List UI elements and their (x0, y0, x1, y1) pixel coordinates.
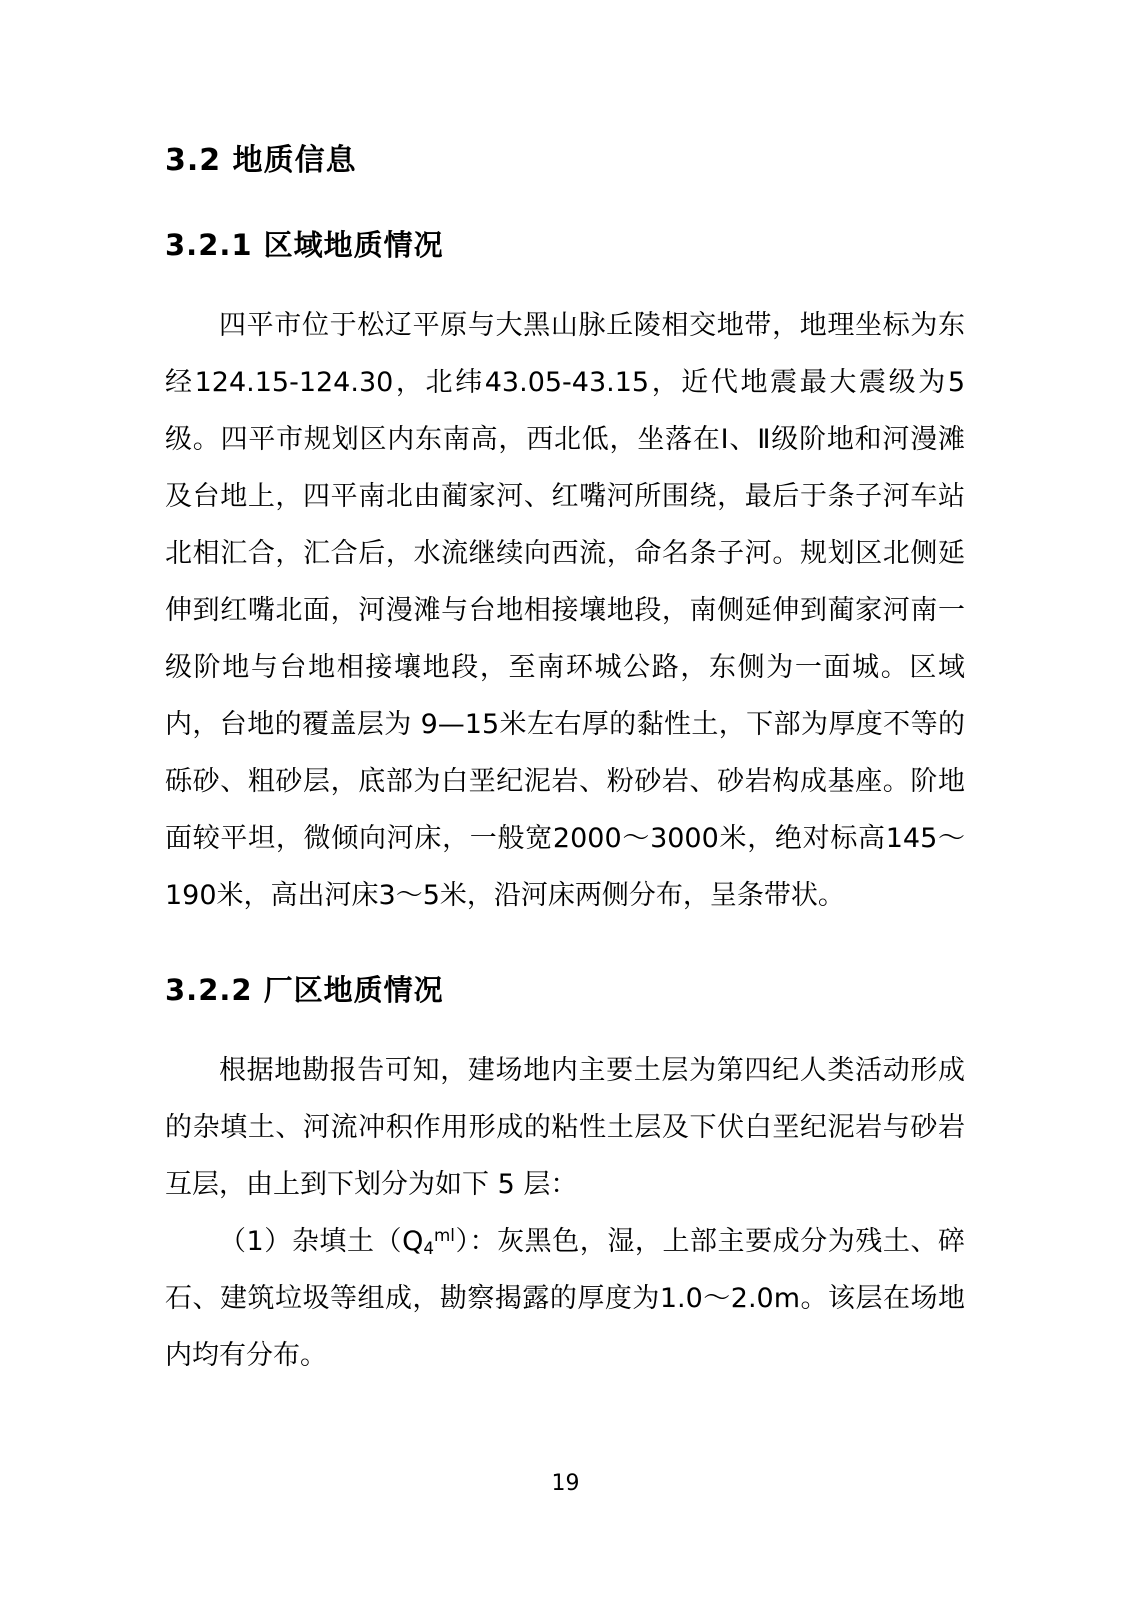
paragraph-layer-1-miscellaneous-fill: （1）杂填土（Q4ml）：灰黑色，湿，上部主要成分为残土、碎 石、建筑垃圾等组成… (165, 1213, 965, 1384)
subsection-heading-regional-geology: 3.2.1 区域地质情况 (165, 227, 965, 263)
paragraph-site-soil-overview: 根据地勘报告可知，建场地内主要土层为第四纪人类活动形成的杂填土、河流冲积作用形成… (165, 1042, 965, 1213)
paragraph-regional-geology: 四平市位于松辽平原与大黑山脉丘陵相交地带，地理坐标为东经124.15-124.3… (165, 297, 965, 924)
formula-subscript: 4 (423, 1238, 434, 1258)
section-heading: 3.2 地质信息 (165, 143, 965, 179)
page-number: 19 (0, 1470, 1131, 1498)
document-page: 3.2 地质信息 3.2.1 区域地质情况 四平市位于松辽平原与大黑山脉丘陵相交… (0, 0, 1131, 1600)
formula-superscript: ml (434, 1225, 455, 1245)
layer-1-text-before-formula: （1）杂填土（Q (219, 1226, 423, 1257)
subsection-heading-plant-site-geology: 3.2.2 厂区地质情况 (165, 972, 965, 1008)
